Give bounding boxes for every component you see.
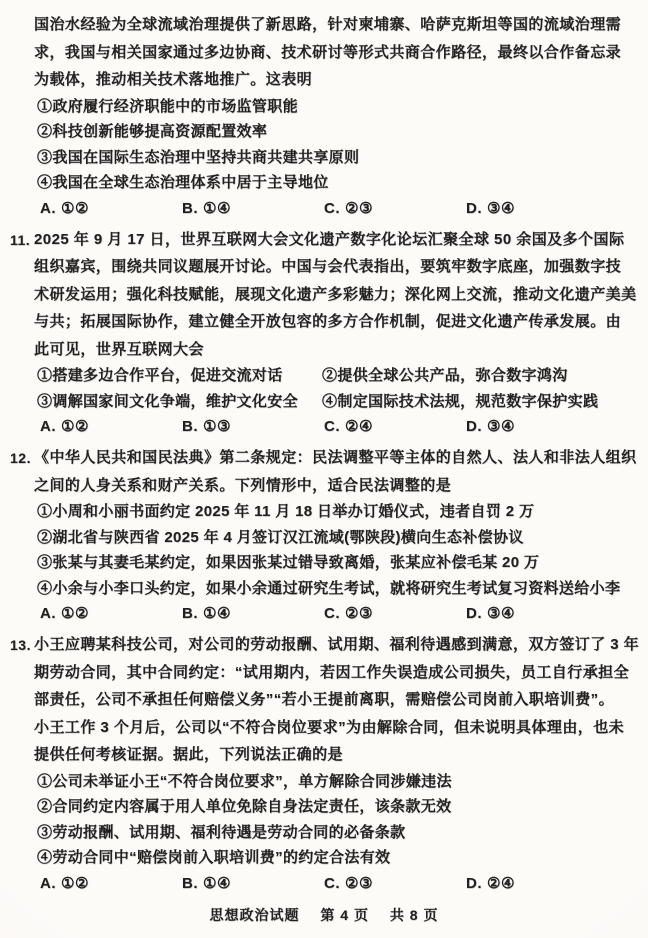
stem-line: 国治水经验为全球流域治理提供了新思路，针对柬埔寨、哈萨克斯坦等国的流域治理需: [34, 11, 634, 39]
answer-choice-d: D. ②④: [466, 872, 608, 896]
question-11: 11. 2025 年 9 月 17 日，世界互联网大会文化遗产数字化论坛汇聚全球…: [34, 226, 634, 440]
option-item-4: ④我国在全球生态治理体系中居于主导地位: [37, 170, 634, 196]
answer-choice-b: B. ①④: [182, 197, 324, 221]
option-item-4: ④制定国际技术法规，规范数字保护实践: [322, 389, 598, 415]
stem-line: 与共；拓展国际协作，建立健全开放包容的多方合作机制，促进文化遗产传承发展。由: [34, 308, 634, 336]
answer-choice-d: D. ③④: [466, 197, 608, 221]
option-item-1: ①搭建多边合作平台，促进交流对话: [37, 363, 322, 389]
stem-line: 之间的人身关系和财产关系。下列情形中，适合民法调整的是: [34, 472, 634, 500]
option-item-2: ②湖北省与陕西省 2025 年 4 月签订汉江流域(鄂陕段)横向生态补偿协议: [37, 525, 634, 551]
option-item-3: ③劳动报酬、试用期、福利待遇是劳动合同的必备条款: [37, 820, 634, 846]
option-pair-row: ①搭建多边合作平台，促进交流对话 ②提供全球公共产品，弥合数字鸿沟: [37, 363, 634, 389]
exam-page: 国治水经验为全球流域治理提供了新思路，针对柬埔寨、哈萨克斯坦等国的流域治理需 求…: [0, 0, 648, 938]
answer-choice-c: C. ②③: [324, 872, 466, 896]
footer-doc-title: 思想政治试题: [210, 907, 300, 923]
page-footer: 思想政治试题 第 4 页 共 8 页: [0, 905, 648, 925]
footer-page-number: 第 4 页: [320, 907, 369, 923]
answer-row: A. ①② B. ①③ C. ②④ D. ③④: [34, 415, 634, 439]
option-item-2: ②提供全球公共产品，弥合数字鸿沟: [322, 363, 568, 389]
question-number: 13.: [10, 637, 31, 653]
option-item-1: ①政府履行经济职能中的市场监管职能: [37, 94, 634, 120]
answer-choice-a: A. ①②: [40, 602, 182, 626]
answer-choice-c: C. ②③: [324, 602, 466, 626]
stem-line: 求，我国与相关国家通过多边协商、技术研讨等形式共商合作路径，最终以合作备忘录: [34, 39, 634, 67]
option-item-2: ②科技创新能够提高资源配置效率: [37, 119, 634, 145]
answer-choice-c: C. ②④: [324, 415, 466, 439]
stem-line: 期劳动合同，其中合同约定：“试用期内，若因工作失误造成公司损失，员工自行承担全: [34, 659, 634, 687]
stem-line: 组织嘉宾，围绕共同议题展开讨论。中国与会代表指出，要筑牢数字底座，加强数字技: [34, 253, 634, 281]
stem-line: 《中华人民共和国民法典》第二条规定：民法调整平等主体的自然人、法人和非法人组织: [34, 444, 634, 472]
question-number: 12.: [10, 450, 31, 466]
option-item-2: ②合同约定内容属于用人单位免除自身法定责任，该条款无效: [37, 794, 634, 820]
answer-choice-b: B. ①④: [182, 872, 324, 896]
stem-line: 小王应聘某科技公司，对公司的劳动报酬、试用期、福利待遇感到满意，双方签订了 3 …: [34, 631, 634, 659]
answer-choice-d: D. ③④: [466, 602, 608, 626]
option-item-3: ③我国在国际生态治理中坚持共商共建共享原则: [37, 145, 634, 171]
stem-line: 为载体，推动相关技术落地推广。这表明: [34, 66, 634, 94]
question-12: 12. 《中华人民共和国民法典》第二条规定：民法调整平等主体的自然人、法人和非法…: [34, 444, 634, 626]
question-13: 13. 小王应聘某科技公司，对公司的劳动报酬、试用期、福利待遇感到满意，双方签订…: [34, 631, 634, 896]
answer-choice-b: B. ①④: [182, 602, 324, 626]
option-item-1: ①公司未举证小王“不符合岗位要求”，单方解除合同涉嫌违法: [37, 769, 634, 795]
question-10-continuation: 国治水经验为全球流域治理提供了新思路，针对柬埔寨、哈萨克斯坦等国的流域治理需 求…: [34, 11, 634, 221]
option-item-4: ④小余与小李口头约定，如果小余通过研究生考试，就将研究生考试复习资料送给小李: [37, 576, 634, 602]
option-item-4: ④劳动合同中“赔偿岗前入职培训费”的约定合法有效: [37, 845, 634, 871]
stem-line: 部责任，公司不承担任何赔偿义务”“若小王提前离职，需赔偿公司岗前入职培训费”。: [34, 686, 634, 714]
option-item-1: ①小周和小丽书面约定 2025 年 11 月 18 日举办订婚仪式，违者自罚 2…: [37, 499, 634, 525]
stem-line: 2025 年 9 月 17 日，世界互联网大会文化遗产数字化论坛汇聚全球 50 …: [34, 226, 634, 254]
answer-choice-a: A. ①②: [40, 415, 182, 439]
option-item-3: ③调解国家间文化争端，维护文化安全: [37, 389, 322, 415]
answer-choice-a: A. ①②: [40, 197, 182, 221]
question-number: 11.: [10, 232, 30, 248]
option-item-3: ③张某与其妻毛某约定，如果因张某过错导致离婚，张某应补偿毛某 20 万: [37, 550, 634, 576]
answer-choice-a: A. ①②: [40, 872, 182, 896]
stem-line: 提供任何考核证据。据此，下列说法正确的是: [34, 741, 634, 769]
answer-row: A. ①② B. ①④ C. ②③ D. ②④: [34, 872, 634, 896]
answer-choice-c: C. ②③: [324, 197, 466, 221]
answer-choice-d: D. ③④: [466, 415, 608, 439]
answer-row: A. ①② B. ①④ C. ②③ D. ③④: [34, 602, 634, 626]
option-pair-row: ③调解国家间文化争端，维护文化安全 ④制定国际技术法规，规范数字保护实践: [37, 389, 634, 415]
answer-row: A. ①② B. ①④ C. ②③ D. ③④: [34, 197, 634, 221]
stem-line: 术研发运用；强化科技赋能，展现文化遗产多彩魅力；深化网上交流，推动文化遗产美美: [34, 281, 634, 309]
stem-line: 小王工作 3 个月后，公司以“不符合岗位要求”为由解除合同，但未说明具体理由，也…: [34, 714, 634, 742]
answer-choice-b: B. ①③: [182, 415, 324, 439]
stem-line: 此可见，世界互联网大会: [34, 336, 634, 364]
footer-page-total: 共 8 页: [390, 907, 439, 923]
